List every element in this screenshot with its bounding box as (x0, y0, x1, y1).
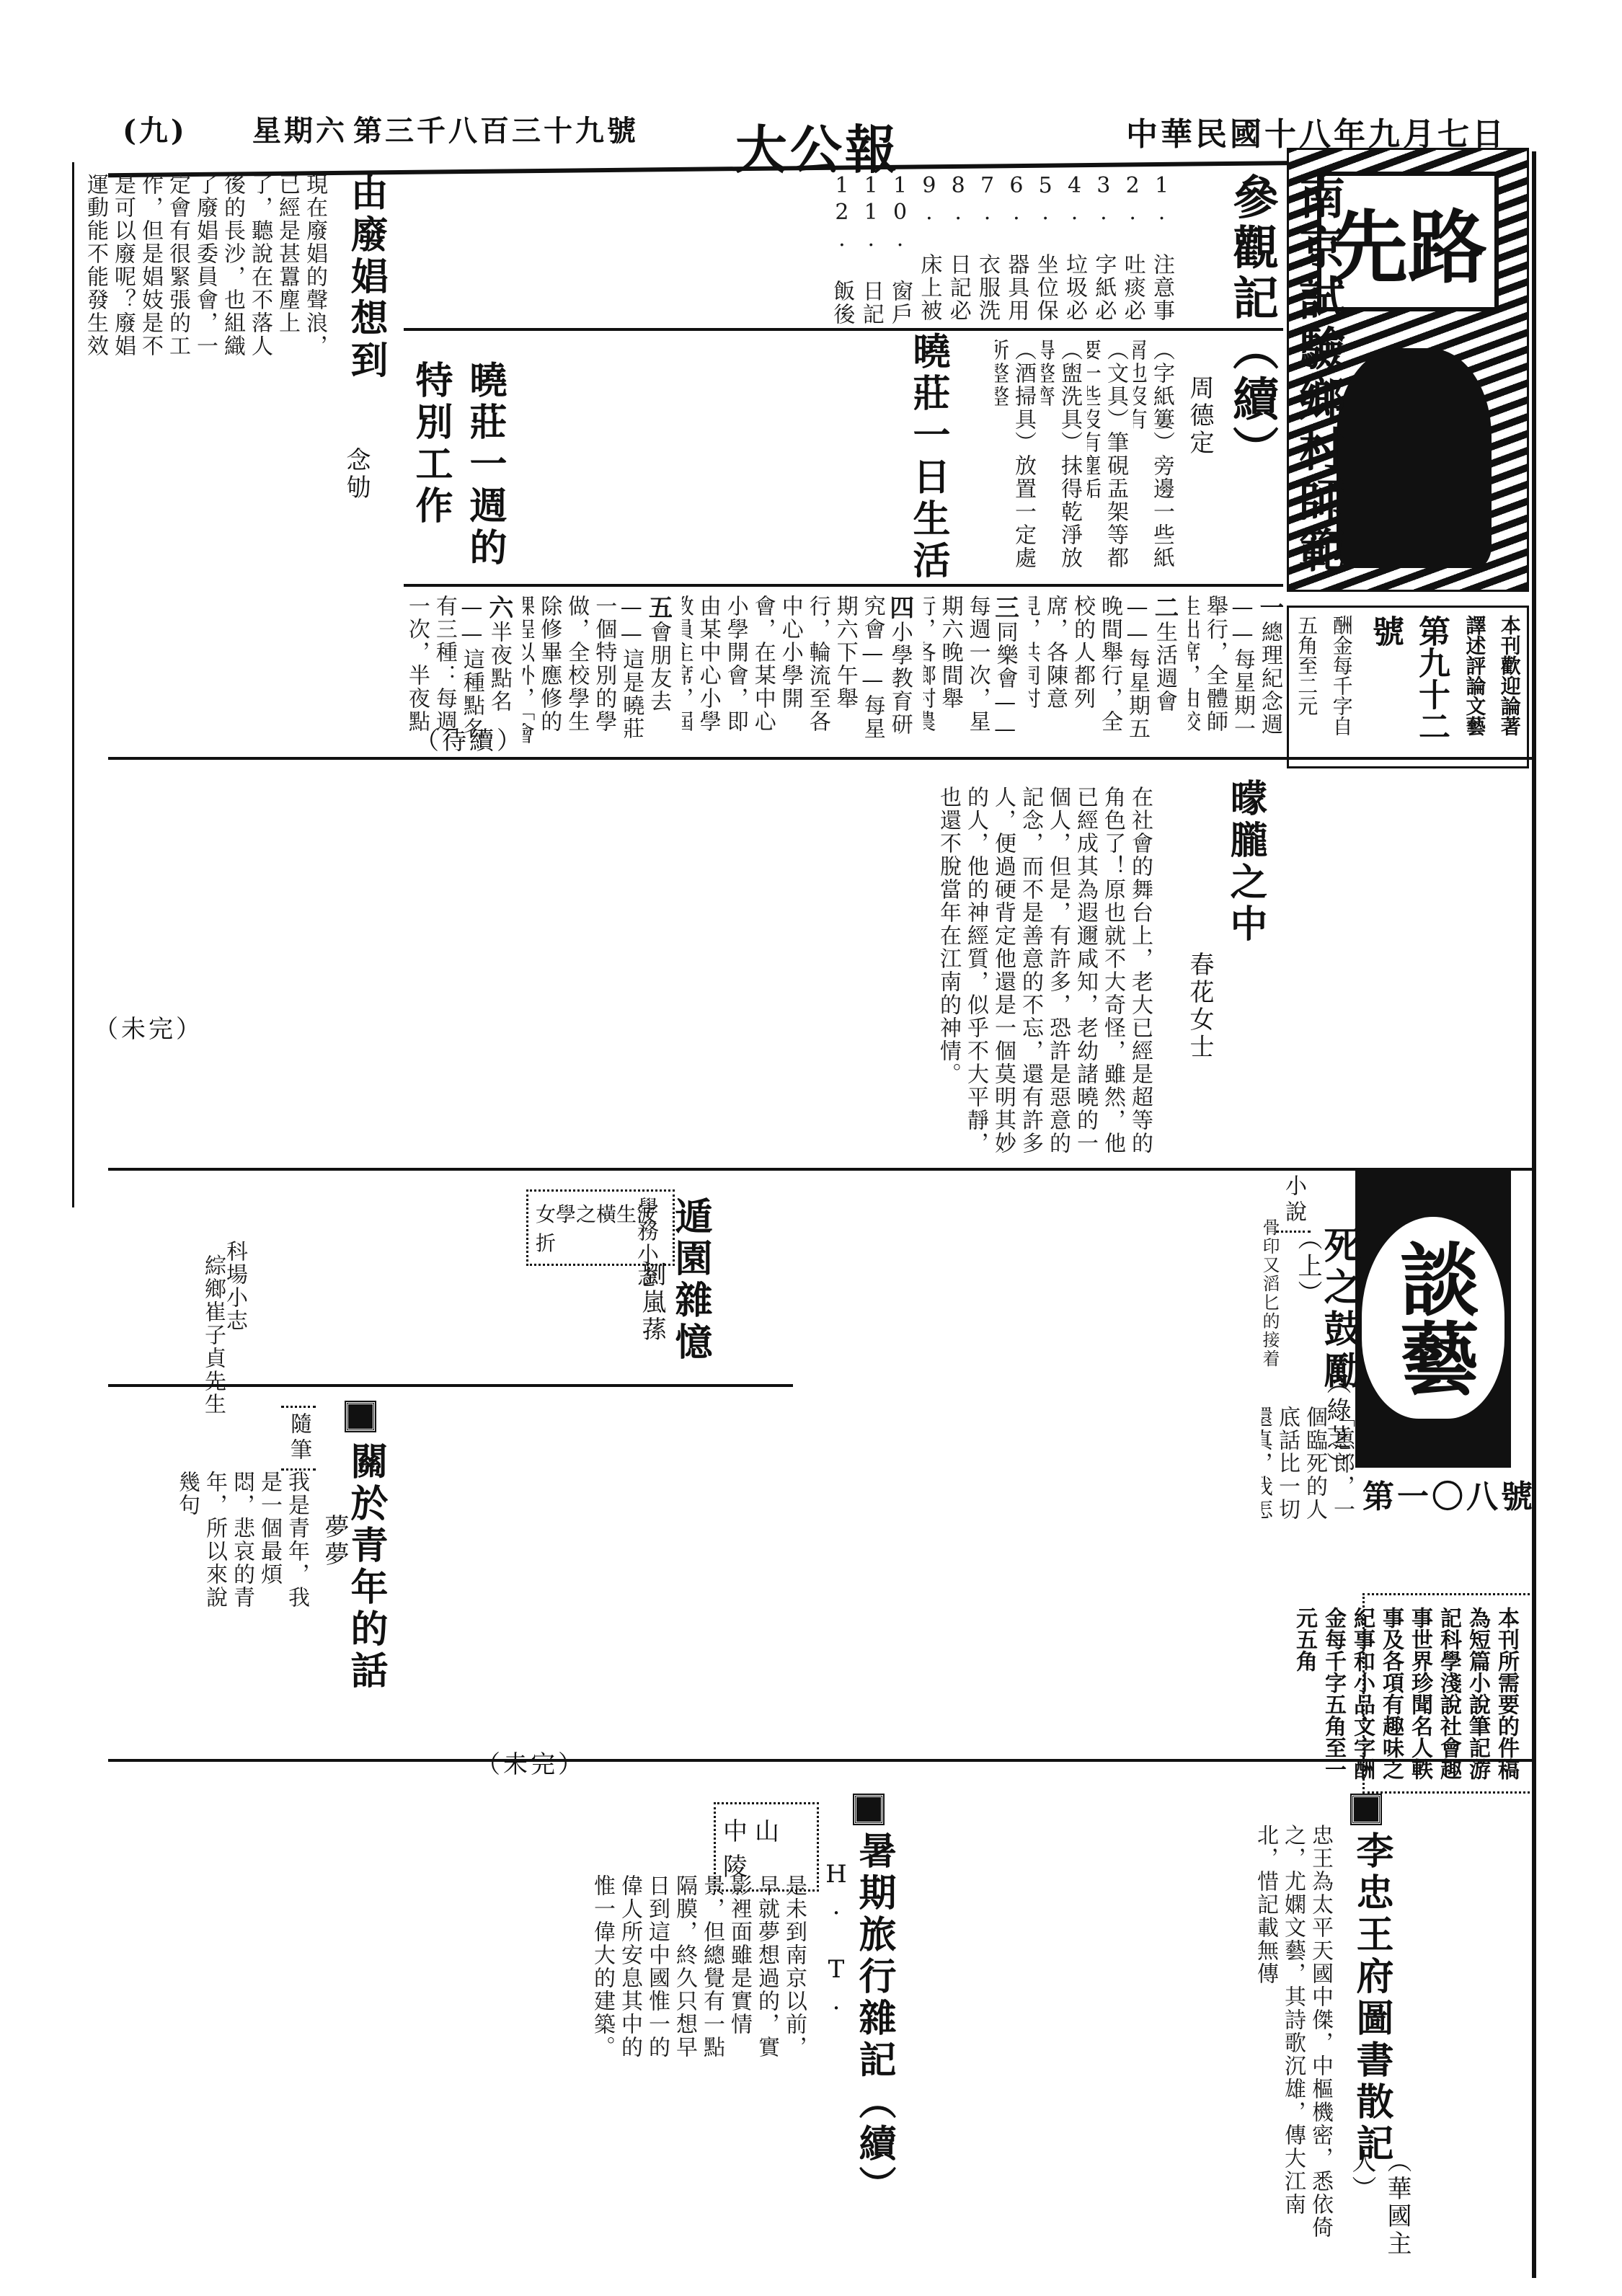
xianlu-fee-1: 酬金每千字自 (1327, 615, 1356, 759)
article-body-abolish-prostitution: 現在廢娼的聲浪，已經是甚囂塵上了，聽說在不落人後的長沙，也組織了廢娼委員會，一定… (83, 173, 328, 360)
divider (108, 757, 1535, 760)
rule-item: 12. 飯後必漱口 (829, 173, 855, 332)
article-title-li-zhongwang: 李忠王府圖書散記 (1344, 1831, 1399, 2166)
exam-hall-author: 綜鄉崔子貞先生 (202, 1254, 226, 1416)
article-body-menglong: 在社會的舞台上，老大已經是超等的角色了！原也就不大奇怪，雖然，他已經成其為遐邇咸… (807, 786, 1153, 1161)
left-border (72, 162, 74, 1207)
article-author-chunhua: 春花女士 (1182, 952, 1218, 1061)
xianlu-call-for-papers-1: 本刊歡迎論著 (1495, 615, 1524, 759)
rule-item: 10. 窗戶常開 (887, 173, 913, 332)
masthead-title: 大公報 (735, 108, 900, 183)
rule-item: 5. 坐位保持清潔 (1032, 173, 1058, 332)
inspection-item: （文具）筆硯盂架等都要一些沒有塵垢 (1087, 339, 1129, 569)
rule-item: 3. 字紙必入簍 (1091, 173, 1117, 332)
weekly-item: 五會朋友去——這是曉莊一個特別的學做，全校學生除修畢應修的課程以外，「會朋友去」… (523, 595, 672, 746)
not-finished-mark: （未完） (94, 1009, 203, 1045)
divider (108, 1168, 1535, 1171)
masthead-weekday: 星期六 (252, 108, 347, 149)
article-author-mengmeng: 夢夢 (317, 1514, 353, 1569)
inspection-item: （盥洗具）抹得乾淨放得整齊 (1041, 339, 1083, 569)
inspection-item: （酒掃具）放置一定處所整整 (995, 339, 1037, 569)
tanyi-logo: 談藝 (1362, 1217, 1504, 1419)
heading-daily-life: 曉莊一日生活 (901, 332, 955, 582)
weekly-item: 一總理紀念週——每星期一舉行，全體師生出席，由校長及指導員作政治黨務報告。 (1188, 595, 1283, 746)
tanyi-woodcut-illustration: 談藝 (1355, 1168, 1511, 1468)
divider (404, 584, 1283, 587)
genre-tag-essay: 隨筆 (281, 1406, 316, 1471)
xianlu-fee-2: 五角至二元 (1292, 615, 1321, 759)
rider-on-horse-icon (1337, 348, 1492, 568)
story-part: （上） (1290, 1225, 1326, 1308)
not-finished-mark-2: （未完） (476, 1745, 585, 1780)
article-title-summer-travel: 暑期旅行雜記（續） (847, 1831, 901, 2207)
article-author-ht: H. T. (822, 1860, 851, 2018)
article-body-li-zhongwang: 忠王為太平天國中傑，中樞機密，悉依倚之，尤嫻文藝，其詩歌沉雄，傳大江南北，惜記載… (1254, 1824, 1334, 2256)
article-title-menglong: 曚朧之中 (1218, 779, 1272, 946)
divider (108, 1759, 1535, 1762)
weekly-item: 四小學教育研究會——每星期六下午舉行，輪流至各中心小學開會，在某中心小學開會，即… (682, 595, 913, 746)
to-be-continued-mark: （待續） (415, 721, 524, 756)
tanyi-issue-number: 第一〇八號 (1362, 1471, 1535, 1517)
heading-weekly-special-work: 曉莊一週的特別工作 (404, 360, 512, 591)
tanyi-call-for-papers: 本刊所需要的件稿為短篇小說筆記游記科學淺說社會趣事世界珍聞名人軼事及各項有趣味之… (1362, 1593, 1534, 1794)
rule-item: 9. 床上被褥整理 (916, 173, 942, 332)
square-bullet-icon (854, 1795, 883, 1827)
article-author-nianqu: 念劬 (339, 447, 374, 502)
right-border (1532, 151, 1536, 2278)
square-bullet-icon (1352, 1795, 1381, 1827)
masthead-page-number: (九) (123, 108, 187, 149)
weekly-item: 三同樂會——每週一次，星期六晚間舉行，各鄉村農友均可自由參加。作正當之娛樂。 (923, 595, 1019, 746)
weekly-items-list: 一總理紀念週——每星期一舉行，全體師生出席，由校長及指導員作政治黨務報告。 二生… (404, 595, 1283, 753)
square-bullet-icon (346, 1402, 375, 1434)
article-title-abolish-prostitution: 由廢娼想到 (339, 173, 393, 382)
rule-item: 6. 器具用後歸還原處 (1003, 173, 1029, 332)
rules-list: 1. 注意事項 2. 吐痰必入盂 3. 字紙必入簍 4. 垃圾必入垃圾箱 5. … (829, 173, 1175, 332)
rule-item: 8. 日記必寫 (945, 173, 971, 332)
article-author-huaguo: （華國主人） (1344, 2148, 1415, 2296)
inspection-list: （字紙簍）旁邊一些紙屑也沒有 （文具）筆硯盂架等都要一些沒有塵垢 （盥洗具）抹得… (995, 339, 1175, 569)
article-body-about-youth: 我是青年，我是一個最煩悶，悲哀的青年，所以來說幾句 (108, 1471, 310, 1622)
rule-item: 7. 衣服洗淨疊好 (975, 173, 1001, 332)
divider (404, 328, 1283, 331)
divider (108, 1384, 793, 1387)
inspection-item: （字紙簍）旁邊一些紙屑也沒有 (1133, 339, 1175, 569)
subheading-exam-hall: 科場小志 (223, 1240, 248, 1332)
article-author-zhou: 周德定 (1182, 375, 1218, 457)
xianlu-call-for-papers-2: 譯述評論文藝 (1460, 615, 1489, 759)
rule-item: 2. 吐痰必入盂 (1120, 173, 1145, 332)
article-body-summer-travel: 是未到南京以前，早就夢想過的，實影裡面雖是實情景，但總覺有一點隔膜，終久只想早日… (519, 1874, 807, 2062)
weekly-item: 二生活週會——每星期五晚間舉行，全校的人都列席，各陳意見，共同討論，議定下週生活… (1029, 595, 1178, 746)
box-heading-girls-school: 女學之橫生波折 (526, 1189, 675, 1266)
xianlu-info-box: 本刊歡迎論著 譯述評論文藝 第九十二號 酬金每千字自 五角至二元 (1287, 606, 1529, 768)
rule-item: 4. 垃圾必入垃圾箱 (1062, 173, 1088, 332)
story-subtitle: 骨印又滔匕的接着 (1262, 1218, 1283, 1370)
xianlu-issue-number: 第九十二號 (1362, 615, 1454, 759)
article-title-nanjing-normal-school: 南京試驗鄉村師範參觀記（續） (1218, 173, 1351, 577)
story-body: 「惠郎，一個臨死的人底話比一切還真，我怎麼好遂乘她底話！唉，事實便是這樣 (1262, 1406, 1355, 1543)
rule-item: 11. 日記每日檢查 (858, 173, 884, 332)
rule-item: 1. 注意事項 (1149, 173, 1175, 332)
masthead-issue: 第三千八百三十九號 (353, 108, 639, 149)
